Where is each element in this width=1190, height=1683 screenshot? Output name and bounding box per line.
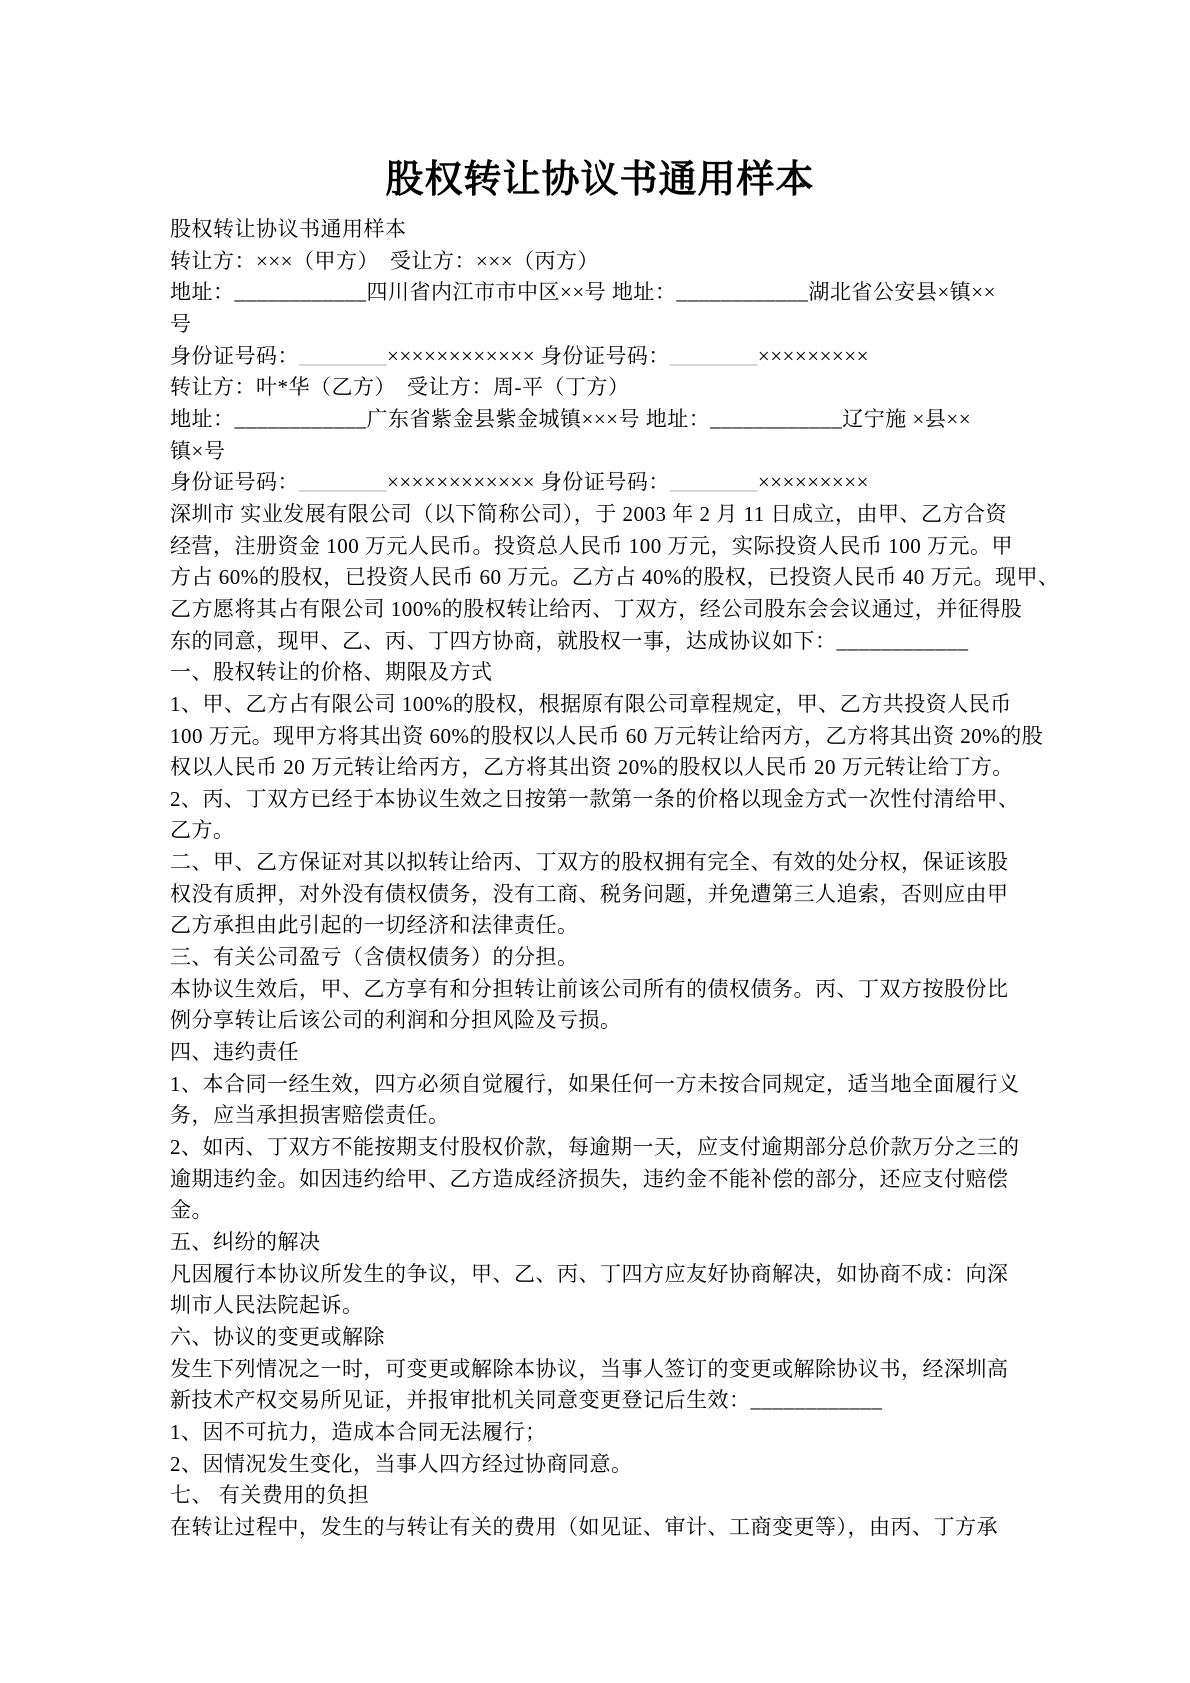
text-segment: 例分享转让后该公司的利润和分担风险及亏损。 — [170, 1008, 622, 1032]
blank-underline: ________ — [670, 344, 758, 368]
text-segment: 地址：____________广东省紫金县紫金城镇×××号 地址：_______… — [170, 407, 971, 431]
text-segment: 转让方：×××（甲方） 受让方：×××（丙方） — [170, 249, 599, 273]
text-segment: 东的同意，现甲、乙、丙、丁四方协商，就股权一事，达成协议如下：_________… — [170, 629, 969, 653]
text-segment: 1、因不可抗力，造成本合同无法履行； — [170, 1420, 547, 1444]
text-segment: 权没有质押，对外没有债权债务，没有工商、税务问题，并免遭第三人追索，否则应由甲 — [170, 882, 1009, 906]
text-line: 圳市人民法院起诉。 — [170, 1290, 1030, 1322]
text-segment: 2、因情况发生变化，当事人四方经过协商同意。 — [170, 1452, 633, 1476]
text-line: 号 — [170, 309, 1030, 341]
text-segment: 新技术产权交易所见证，并报审批机关同意变更登记后生效：____________ — [170, 1388, 883, 1412]
text-line: 1、因不可抗力，造成本合同无法履行； — [170, 1417, 1030, 1449]
text-segment: ××××××××× — [758, 344, 869, 368]
text-line: 100 万元。现甲方将其出资 60%的股权以人民币 60 万元转让给丙方，乙方将… — [170, 721, 1030, 753]
text-segment: 号 — [170, 312, 192, 336]
text-line: 经营，注册资金 100 万元人民币。投资总人民币 100 万元，实际投资人民币 … — [170, 531, 1030, 563]
text-line: 权没有质押，对外没有债权债务，没有工商、税务问题，并免遭第三人追索，否则应由甲 — [170, 879, 1030, 911]
text-segment: 发生下列情况之一时，可变更或解除本协议，当事人签订的变更或解除协议书，经深圳高 — [170, 1357, 1009, 1381]
text-line: 本协议生效后，甲、乙方享有和分担转让前该公司所有的债权债务。丙、丁双方按股份比 — [170, 974, 1030, 1006]
text-segment: 乙方承担由此引起的一切经济和法律责任。 — [170, 913, 579, 937]
text-segment: 镇×号 — [170, 439, 225, 463]
text-segment: 地址：____________四川省内江市市中区××号 地址：_________… — [170, 280, 996, 304]
text-line: 发生下列情况之一时，可变更或解除本协议，当事人签订的变更或解除协议书，经深圳高 — [170, 1354, 1030, 1386]
text-line: 转让方：×××（甲方） 受让方：×××（丙方） — [170, 246, 1030, 278]
text-segment: 本协议生效后，甲、乙方享有和分担转让前该公司所有的债权债务。丙、丁双方按股份比 — [170, 977, 1009, 1001]
text-line: 七、 有关费用的负担 — [170, 1480, 1030, 1512]
text-segment: 圳市人民法院起诉。 — [170, 1293, 364, 1317]
blank-underline: ________ — [670, 470, 758, 494]
text-line: 乙方。 — [170, 815, 1030, 847]
text-line: 在转让过程中，发生的与转让有关的费用（如见证、审计、工商变更等），由丙、丁方承 — [170, 1512, 1030, 1544]
text-line: 六、协议的变更或解除 — [170, 1322, 1030, 1354]
text-line: 务，应当承担损害赔偿责任。 — [170, 1100, 1030, 1132]
text-line: 权以人民币 20 万元转让给丙方，乙方将其出资 20%的股权以人民币 20 万元… — [170, 752, 1030, 784]
document-page: 股权转让协议书通用样本 股权转让协议书通用样本转让方：×××（甲方） 受让方：×… — [0, 0, 1190, 1683]
text-segment: 金。 — [170, 1198, 213, 1222]
text-line: 凡因履行本协议所发生的争议，甲、乙、丙、丁四方应友好协商解决，如协商不成：向深 — [170, 1259, 1030, 1291]
text-segment: ×××××××××××× 身份证号码： — [387, 470, 670, 494]
text-line: 乙方承担由此引起的一切经济和法律责任。 — [170, 910, 1030, 942]
text-line: 2、如丙、丁双方不能按期支付股权价款，每逾期一天，应支付逾期部分总价款万分之三的 — [170, 1132, 1030, 1164]
text-line: 2、因情况发生变化，当事人四方经过协商同意。 — [170, 1449, 1030, 1481]
text-line: 五、纠纷的解决 — [170, 1227, 1030, 1259]
text-segment: 100 万元。现甲方将其出资 60%的股权以人民币 60 万元转让给丙方，乙方将… — [170, 724, 1043, 748]
text-segment: 身份证号码： — [170, 470, 299, 494]
text-line: 镇×号 — [170, 436, 1030, 468]
text-segment: 四、违约责任 — [170, 1040, 299, 1064]
text-segment: 1、甲、乙方占有限公司 100%的股权，根据原有限公司章程规定，甲、乙方共投资人… — [170, 692, 1012, 716]
text-segment: 乙方愿将其占有限公司 100%的股权转让给丙、丁双方，经公司股东会会议通过，并征… — [170, 597, 1022, 621]
text-line: 例分享转让后该公司的利润和分担风险及亏损。 — [170, 1005, 1030, 1037]
text-line: 转让方：叶*华（乙方） 受让方：周-平（丁方） — [170, 372, 1030, 404]
text-line: 东的同意，现甲、乙、丙、丁四方协商，就股权一事，达成协议如下：_________… — [170, 626, 1030, 658]
blank-underline: ________ — [299, 344, 387, 368]
text-line: 身份证号码：________×××××××××××× 身份证号码：_______… — [170, 341, 1030, 373]
text-segment: 权以人民币 20 万元转让给丙方，乙方将其出资 20%的股权以人民币 20 万元… — [170, 755, 1014, 779]
text-line: 2、丙、丁双方已经于本协议生效之日按第一款第一条的价格以现金方式一次性付清给甲、 — [170, 784, 1030, 816]
text-segment: 股权转让协议书通用样本 — [170, 217, 407, 241]
text-segment: 逾期违约金。如因违约给甲、乙方造成经济损失，违约金不能补偿的部分，还应支付赔偿 — [170, 1167, 1009, 1191]
text-segment: 凡因履行本协议所发生的争议，甲、乙、丙、丁四方应友好协商解决，如协商不成：向深 — [170, 1262, 1009, 1286]
text-segment: 转让方：叶*华（乙方） 受让方：周-平（丁方） — [170, 375, 630, 399]
text-segment: 经营，注册资金 100 万元人民币。投资总人民币 100 万元，实际投资人民币 … — [170, 534, 1013, 558]
text-segment: 五、纠纷的解决 — [170, 1230, 321, 1254]
blank-underline: ________ — [299, 470, 387, 494]
text-line: 股权转让协议书通用样本 — [170, 214, 1030, 246]
text-segment: 方占 60%的股权，已投资人民币 60 万元。乙方占 40%的股权，已投资人民币… — [170, 565, 1059, 589]
text-segment: 身份证号码： — [170, 344, 299, 368]
document-body: 股权转让协议书通用样本转让方：×××（甲方） 受让方：×××（丙方）地址：___… — [170, 214, 1030, 1544]
text-segment: ××××××××× — [758, 470, 869, 494]
text-line: 方占 60%的股权，已投资人民币 60 万元。乙方占 40%的股权，已投资人民币… — [170, 562, 1030, 594]
text-line: 逾期违约金。如因违约给甲、乙方造成经济损失，违约金不能补偿的部分，还应支付赔偿 — [170, 1164, 1030, 1196]
text-line: 地址：____________四川省内江市市中区××号 地址：_________… — [170, 277, 1030, 309]
text-segment: 深圳市 实业发展有限公司（以下简称公司），于 2003 年 2 月 11 日成立… — [170, 502, 1007, 526]
text-line: 一、股权转让的价格、期限及方式 — [170, 657, 1030, 689]
text-line: 金。 — [170, 1195, 1030, 1227]
text-segment: 2、丙、丁双方已经于本协议生效之日按第一款第一条的价格以现金方式一次性付清给甲、 — [170, 787, 1020, 811]
text-segment: 1、本合同一经生效，四方必须自觉履行，如果任何一方未按合同规定，适当地全面履行义 — [170, 1072, 1020, 1096]
document-title: 股权转让协议书通用样本 — [170, 152, 1030, 208]
text-segment: 在转让过程中，发生的与转让有关的费用（如见证、审计、工商变更等），由丙、丁方承 — [170, 1515, 998, 1539]
text-line: 1、甲、乙方占有限公司 100%的股权，根据原有限公司章程规定，甲、乙方共投资人… — [170, 689, 1030, 721]
text-segment: 六、协议的变更或解除 — [170, 1325, 385, 1349]
text-line: 1、本合同一经生效，四方必须自觉履行，如果任何一方未按合同规定，适当地全面履行义 — [170, 1069, 1030, 1101]
text-segment: ×××××××××××× 身份证号码： — [387, 344, 670, 368]
text-line: 四、违约责任 — [170, 1037, 1030, 1069]
text-line: 深圳市 实业发展有限公司（以下简称公司），于 2003 年 2 月 11 日成立… — [170, 499, 1030, 531]
text-line: 新技术产权交易所见证，并报审批机关同意变更登记后生效：____________ — [170, 1385, 1030, 1417]
text-segment: 务，应当承担损害赔偿责任。 — [170, 1103, 450, 1127]
text-segment: 乙方。 — [170, 818, 235, 842]
text-line: 二、甲、乙方保证对其以拟转让给丙、丁双方的股权拥有完全、有效的处分权，保证该股 — [170, 847, 1030, 879]
text-segment: 2、如丙、丁双方不能按期支付股权价款，每逾期一天，应支付逾期部分总价款万分之三的 — [170, 1135, 1020, 1159]
text-line: 身份证号码：________×××××××××××× 身份证号码：_______… — [170, 467, 1030, 499]
text-segment: 一、股权转让的价格、期限及方式 — [170, 660, 493, 684]
text-line: 乙方愿将其占有限公司 100%的股权转让给丙、丁双方，经公司股东会会议通过，并征… — [170, 594, 1030, 626]
text-segment: 三、有关公司盈亏（含债权债务）的分担。 — [170, 945, 579, 969]
text-line: 地址：____________广东省紫金县紫金城镇×××号 地址：_______… — [170, 404, 1030, 436]
text-line: 三、有关公司盈亏（含债权债务）的分担。 — [170, 942, 1030, 974]
text-segment: 七、 有关费用的负担 — [170, 1483, 369, 1507]
text-segment: 二、甲、乙方保证对其以拟转让给丙、丁双方的股权拥有完全、有效的处分权，保证该股 — [170, 850, 1009, 874]
